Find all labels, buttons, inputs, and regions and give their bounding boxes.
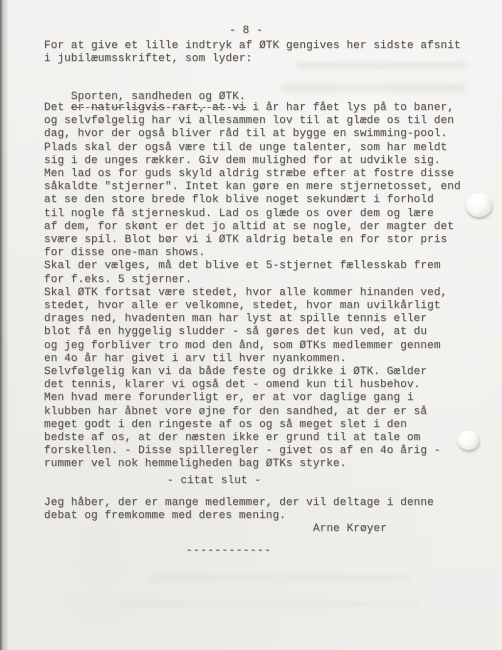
ink-bleed-ghost [120,600,420,607]
text-line: og selvfølgelig har vi allesammen lov ti… [44,115,461,128]
text-line: svære spil. Blot bør vi i ØTK aldrig bet… [44,234,461,247]
text-line: stedet, hvor alle er velkomne, stedet, h… [44,300,461,313]
text-line: bedste af os, at der næsten ikke er grun… [44,432,461,445]
text-line: for f.eks. 5 stjerner. [44,274,461,287]
ink-bleed-ghost [150,575,410,582]
text-line: af dem, for skønt er det jo altid at se … [44,221,461,234]
signature: Arne Krøyer [313,523,387,536]
text-line: dag, hvor der også bliver råd til at byg… [44,128,461,141]
text-line: rummer vel nok hemmeligheden bag ØTKs st… [44,458,461,471]
body-paragraph: Det er naturligvis rart, at vi i år har … [44,102,461,472]
text-line: Skal der vælges, må det blive et 5-stjer… [44,260,461,273]
divider-dashes: ------------ [186,545,271,558]
text-line: en 4o år har givet i arv til hver nyanko… [44,353,461,366]
text-line: såkaldte "stjerner". Intet kan gøre en m… [44,181,461,194]
text-line: i jubilæumsskriftet, som lyder: [44,53,461,66]
text-line: meget godt i den ringeste af os og så me… [44,419,461,432]
text-line: Skal ØTK fortsat være stedet, hvor alle … [44,287,461,300]
text-line: blot få en hyggelig sludder - så gøres d… [44,326,461,339]
text-line: til nogle få stjerneskud. Lad os glæde o… [44,208,461,221]
text-line: at se den store brede flok blive noget s… [44,194,461,207]
text-line: forskellen. - Disse spilleregler - givet… [44,445,461,458]
text-line: debat og fremkomme med deres mening. [44,510,434,523]
text-line: Men hvad mere forunderligt er, er at vor… [44,392,461,405]
text-line: for disse one-man shows. [44,247,461,260]
scanned-document-page: - 8 - For at give et lille indtryk af ØT… [0,0,502,650]
ink-bleed-ghost [280,84,465,92]
text-line: For at give et lille indtryk af ØTK geng… [44,40,461,53]
text-line: Selvfølgelig kan vi da både feste og dri… [44,366,461,379]
scan-edge-shadow [0,0,10,650]
intro-paragraph: For at give et lille indtryk af ØTK geng… [44,40,461,66]
closing-paragraph: Jeg håber, der er mange medlemmer, der v… [44,497,434,523]
text-line: drages ned, hvadenten man har lyst at sp… [44,313,461,326]
text-line: og jeg forbliver tro mod den ånd, som ØT… [44,340,461,353]
text-line: Men lad os for guds skyld aldrig stræbe … [44,168,461,181]
binder-hole-mark [458,431,479,450]
text-line: det tennis, klarer vi også det - omend k… [44,379,461,392]
text-line: sig i de unges rækker. Giv dem mulighed … [44,155,461,168]
text-line: Plads skal der også være til de unge tal… [44,142,461,155]
text-line: Jeg håber, der er mange medlemmer, der v… [44,497,434,510]
text-line: klubben har åbnet vore øjne for den sand… [44,406,461,419]
text-line: Det er naturligvis rart, at vi i år har … [44,102,461,115]
binder-hole-mark [466,193,492,217]
quote-end-marker: - citat slut - [167,475,261,488]
page-number: - 8 - [0,25,497,38]
